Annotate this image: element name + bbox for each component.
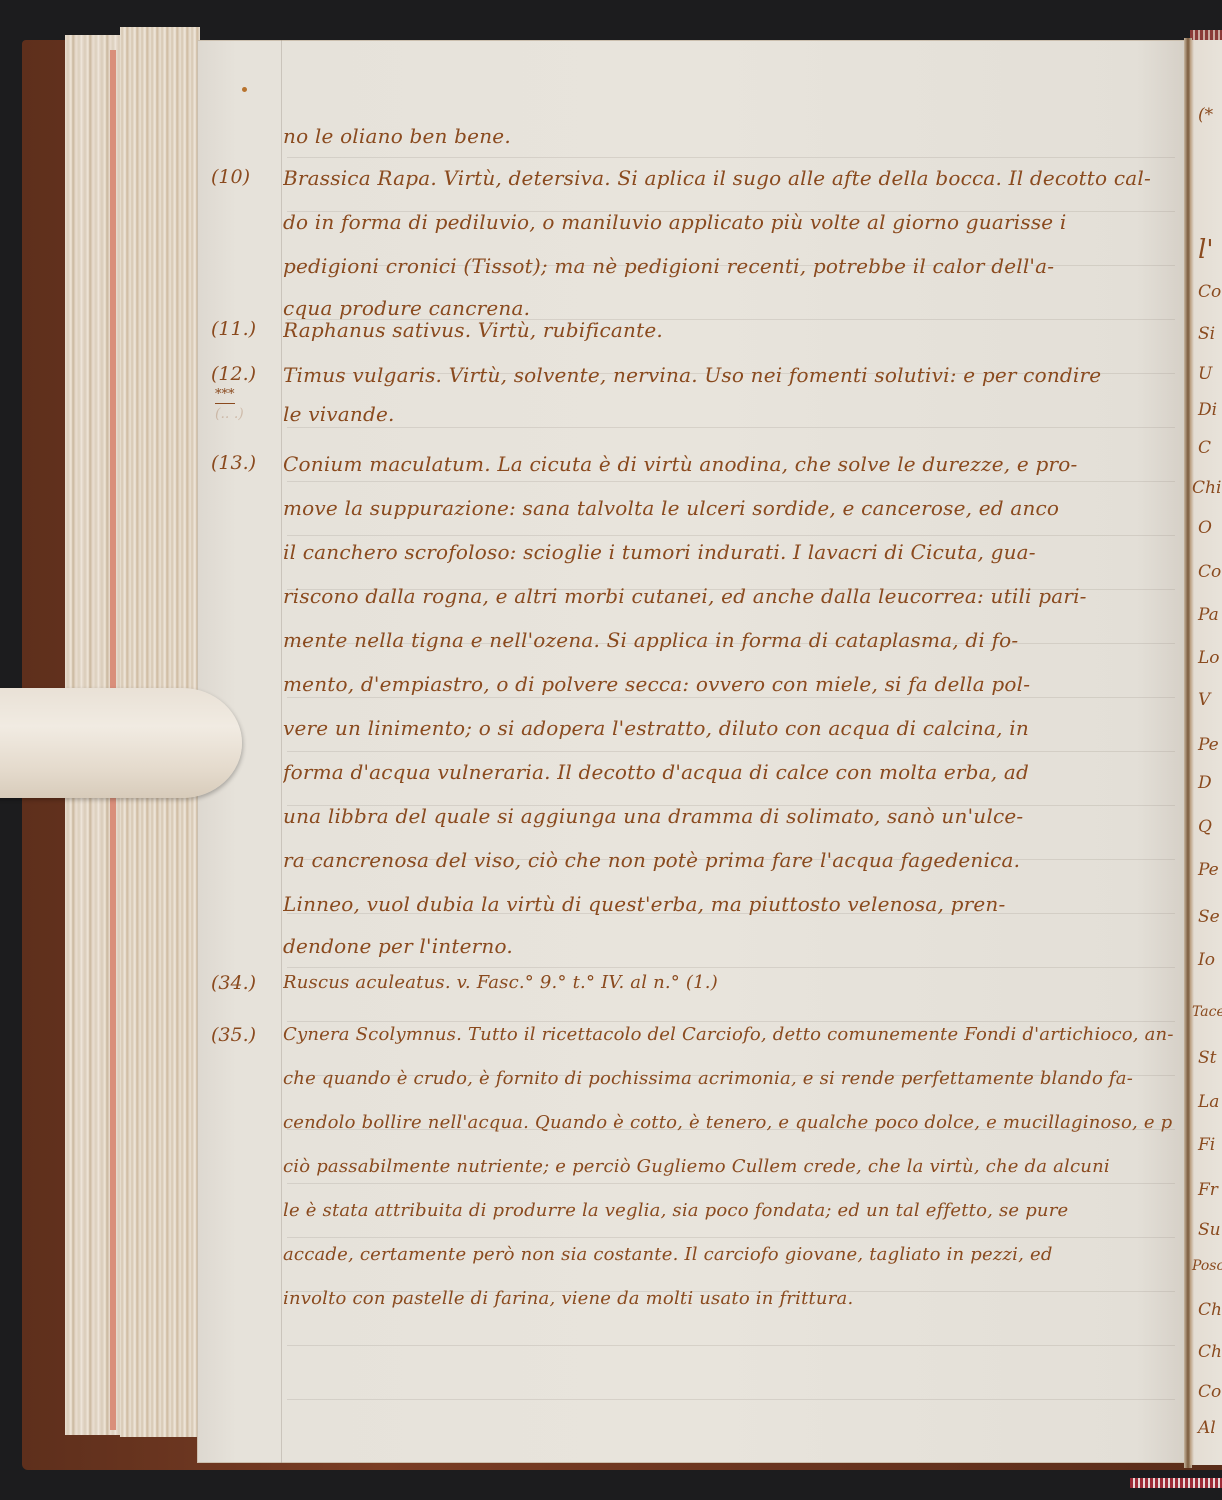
adjacent-page-fragment: Pa	[1198, 605, 1219, 625]
text-line: Ruscus aculeatus. v. Fasc.° 9.° t.° IV. …	[283, 972, 1173, 993]
ruled-line	[287, 535, 1175, 536]
text-line: forma d'acqua vulneraria. Il decotto d'a…	[283, 760, 1173, 784]
adjacent-page-fragment: Co	[1198, 1382, 1221, 1402]
adjacent-page-fragment: Co	[1198, 562, 1221, 582]
ruled-line	[287, 1237, 1175, 1238]
entry-number: (34.)	[211, 972, 256, 994]
entry-number: (11.)	[211, 318, 256, 340]
adjacent-page-fragment: V	[1198, 690, 1210, 710]
adjacent-page-fragment: (*	[1198, 105, 1213, 125]
adjacent-page-fragment: Fi	[1198, 1135, 1215, 1155]
text-line: ciò passabilmente nutriente; e perciò Gu…	[283, 1156, 1173, 1177]
faint-erased-number: (.. .)	[215, 406, 244, 422]
adjacent-page-fragment: St	[1198, 1048, 1216, 1068]
text-line: ra cancrenosa del viso, ciò che non potè…	[283, 848, 1173, 872]
text-line: Brassica Rapa. Virtù, detersiva. Si apli…	[283, 166, 1173, 190]
text-line: move la suppurazione: sana talvolta le u…	[283, 496, 1173, 520]
text-line: una libbra del quale si aggiunga una dra…	[283, 804, 1173, 828]
text-line: Linneo, vuol dubia la virtù di quest'erb…	[283, 892, 1173, 916]
ruled-line	[287, 1399, 1175, 1400]
ruled-line	[287, 1021, 1175, 1022]
adjacent-page-fragment: D	[1198, 773, 1212, 793]
adjacent-page-fragment: Io	[1198, 950, 1215, 970]
text-line: che quando è crudo, è fornito di pochiss…	[283, 1068, 1173, 1089]
adjacent-page-fragment: Ch	[1198, 1300, 1222, 1320]
adjacent-page-fragment: Si	[1198, 324, 1215, 344]
headband-top	[1190, 30, 1222, 40]
adjacent-page-fragment: O	[1198, 518, 1212, 538]
adjacent-page-fragment: l'	[1198, 235, 1213, 265]
adjacent-page-fragment: Su	[1198, 1220, 1221, 1240]
text-line: il canchero scrofoloso: scioglie i tumor…	[283, 540, 1173, 564]
adjacent-page-fragment: Poscia	[1192, 1258, 1222, 1274]
ruled-line	[287, 751, 1175, 752]
ruled-line	[287, 697, 1175, 698]
ruled-line	[287, 427, 1175, 428]
entry-number: (35.)	[211, 1024, 256, 1046]
text-line: pedigioni cronici (Tissot); ma nè pedigi…	[283, 254, 1173, 278]
adjacent-page-fragment: Co	[1198, 282, 1221, 302]
adjacent-page-fragment: La	[1198, 1092, 1219, 1112]
text-line: le è stata attribuita di produrre la veg…	[283, 1200, 1173, 1221]
text-line: mente nella tigna e nell'ozena. Si appli…	[283, 628, 1173, 652]
text-line: dendone per l'interno.	[283, 934, 1173, 958]
text-line: no le oliano ben bene.	[283, 124, 1173, 148]
ruled-line	[287, 967, 1175, 968]
ink-dot	[242, 87, 247, 92]
adjacent-page-fragment: Chi+	[1192, 478, 1222, 498]
text-line: do in forma di pediluvio, o maniluvio ap…	[283, 210, 1173, 234]
adjacent-page-fragment: C	[1198, 438, 1211, 458]
ruled-line	[287, 1183, 1175, 1184]
adjacent-page-fragment: Di	[1198, 400, 1217, 420]
adjacent-page-fragment: Ch	[1198, 1342, 1222, 1362]
adjacent-page-fragment: Tace	[1192, 1004, 1222, 1020]
headband-bottom	[1130, 1478, 1222, 1488]
entry-number: (10)	[211, 166, 250, 188]
text-line: involto con pastelle di farina, viene da…	[283, 1288, 1173, 1309]
entry-number: (12.)	[211, 363, 256, 385]
text-line: vere un linimento; o si adopera l'estrat…	[283, 716, 1173, 740]
entry-number: (13.)	[211, 452, 256, 474]
adjacent-page-fragment: Pe	[1198, 735, 1219, 755]
text-line: mento, d'empiastro, o di polvere secca: …	[283, 672, 1173, 696]
ruled-line	[287, 157, 1175, 158]
text-line: cendolo bollire nell'acqua. Quando è cot…	[283, 1112, 1173, 1133]
adjacent-page-fragment: Se	[1198, 907, 1220, 927]
adjacent-page-fragment: Lo	[1198, 648, 1220, 668]
text-line: cqua produre cancrena.	[283, 296, 1173, 320]
ruled-line	[287, 1345, 1175, 1346]
text-line: Timus vulgaris. Virtù, solvente, nervina…	[283, 363, 1173, 387]
adjacent-page-fragment: Q	[1198, 817, 1212, 837]
ruled-line	[287, 481, 1175, 482]
adjacent-page-fragment: Al	[1198, 1418, 1216, 1438]
text-line: riscono dalla rogna, e altri morbi cutan…	[283, 584, 1173, 608]
adjacent-page-fragment: Pe	[1198, 860, 1219, 880]
adjacent-page-fragment: Fr	[1198, 1180, 1218, 1200]
margin-rule	[281, 40, 282, 1463]
text-line: Conium maculatum. La cicuta è di virtù a…	[283, 452, 1173, 476]
text-line: accade, certamente però non sia costante…	[283, 1244, 1173, 1265]
bone-folder-bookmark	[0, 688, 242, 798]
text-line: le vivande.	[283, 402, 1173, 426]
margin-stars: ***	[215, 387, 235, 404]
adjacent-page-fragment: U	[1198, 364, 1212, 384]
text-line: Raphanus sativus. Virtù, rubificante.	[283, 318, 1173, 342]
manuscript-page: no le oliano ben bene. (10) Brassica Rap…	[197, 40, 1187, 1463]
text-line: Cynera Scolymnus. Tutto il ricettacolo d…	[283, 1024, 1173, 1045]
